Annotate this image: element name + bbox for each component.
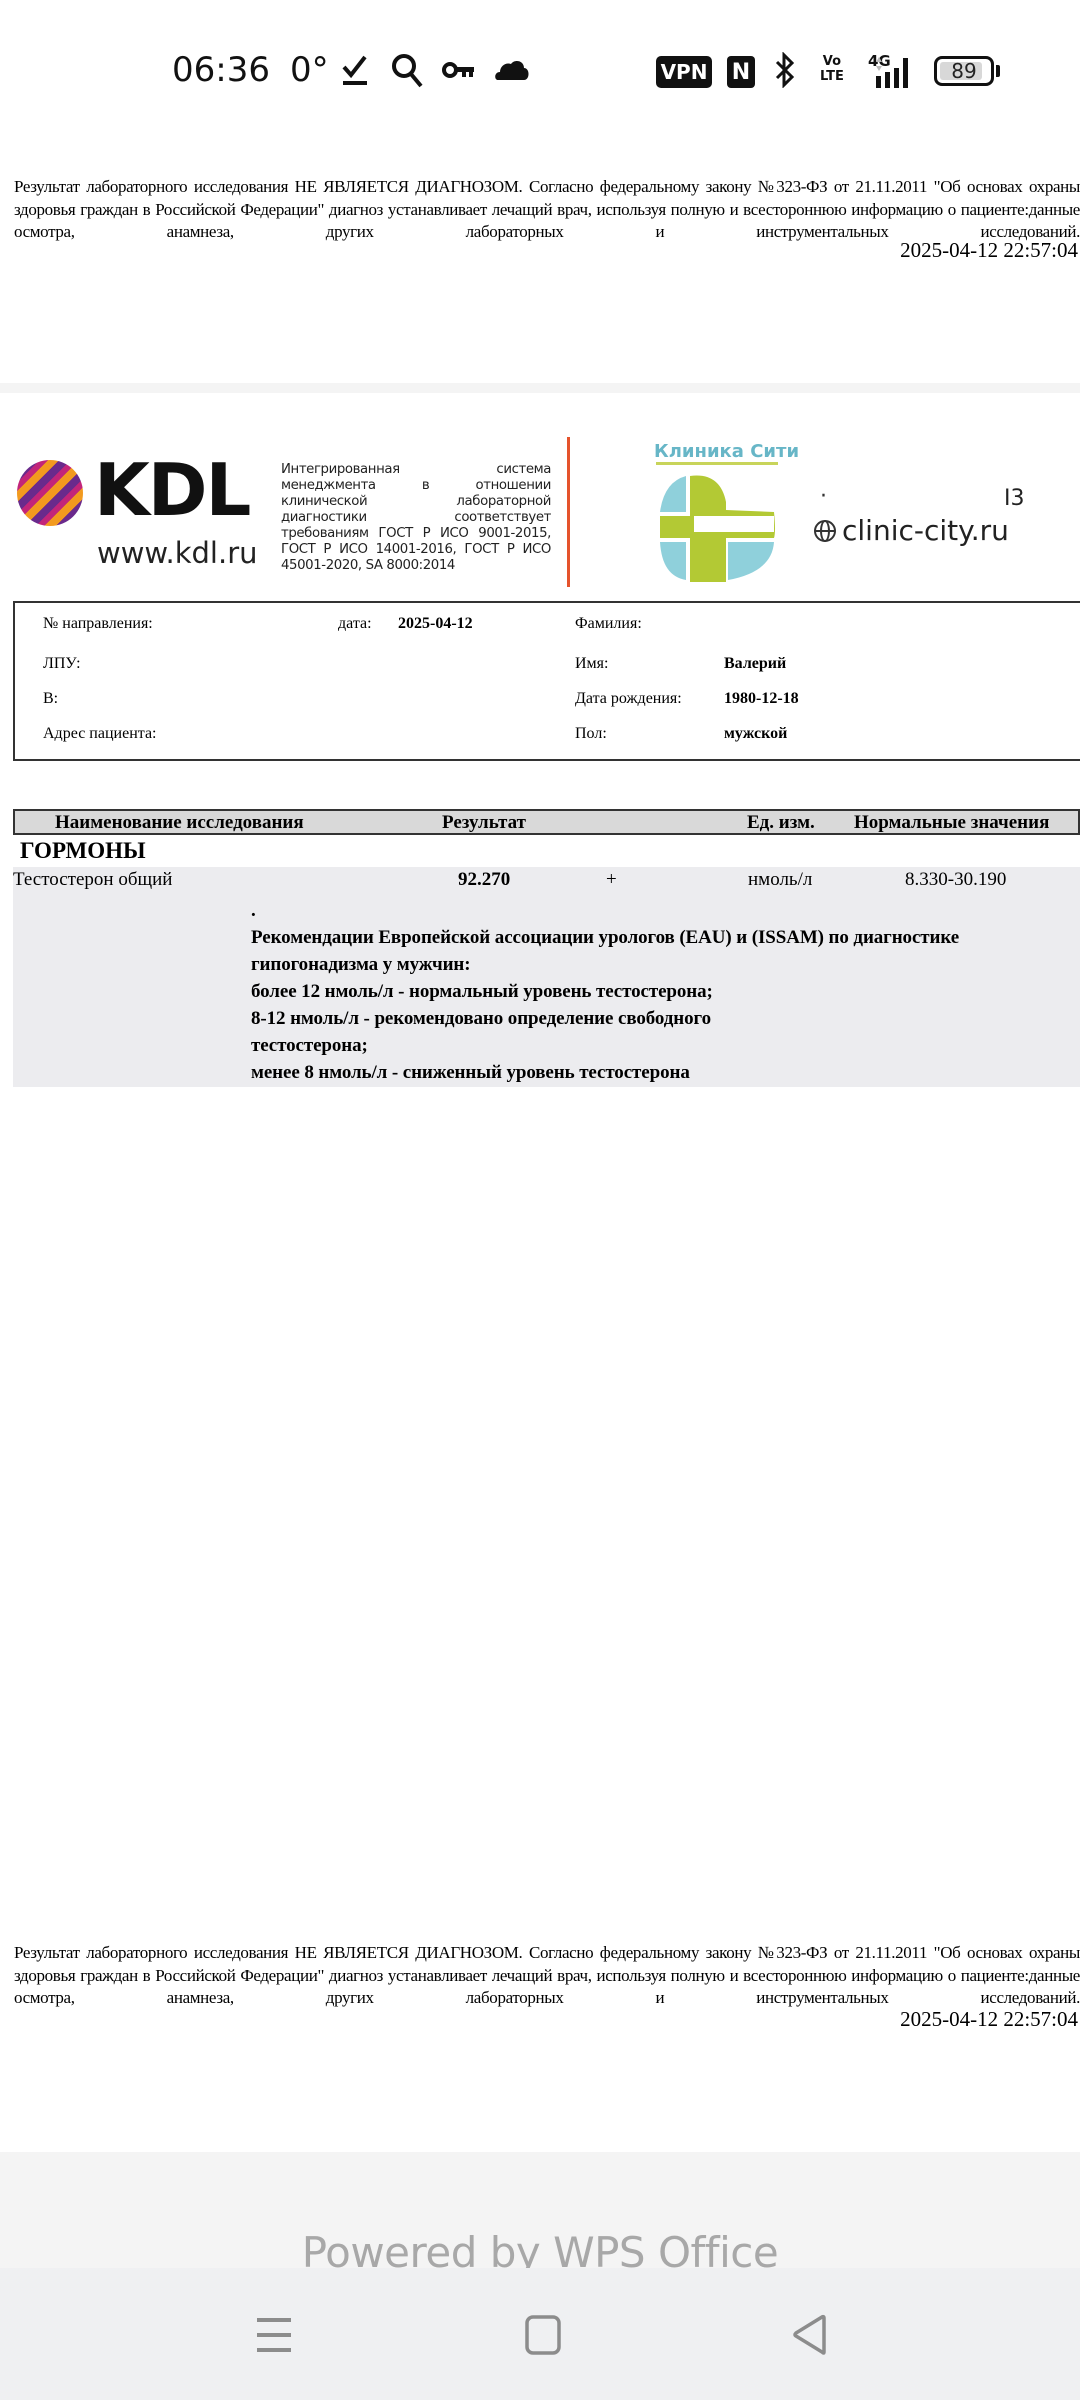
vpn-icon: VPN <box>656 56 712 88</box>
lpu-label: ЛПУ: <box>43 655 81 673</box>
test-reference: 8.330-30.190 <box>905 869 1006 891</box>
clinic-subtitle <box>656 462 778 465</box>
wps-watermark: Powered by WPS Office <box>0 2228 1080 2268</box>
volte-icon: Vo LTE <box>820 54 844 84</box>
cloud-icon <box>494 52 530 88</box>
bluetooth-icon <box>772 52 798 88</box>
home-icon <box>523 2314 563 2356</box>
download-done-icon <box>340 52 370 88</box>
clinic-address-fragment: · <box>820 484 827 509</box>
col-reference: Нормальные значения <box>854 812 1049 834</box>
kdl-url: www.kdl.ru <box>97 536 258 570</box>
header-divider <box>567 437 570 587</box>
print-timestamp: 2025-04-12 22:57:04 <box>900 238 1078 263</box>
clinic-address-end: I3 <box>1004 486 1025 511</box>
date-value: 2025-04-12 <box>398 615 473 633</box>
date-label: дата: <box>338 615 372 633</box>
name-value: Валерий <box>724 655 786 673</box>
kdl-certification: Интегрированная система менеджмента в от… <box>281 462 551 574</box>
address-label: Адрес пациента: <box>43 725 156 743</box>
recent-apps-button[interactable] <box>245 2314 305 2356</box>
status-bar: 06:36 0° VPN N Vo LTE 4G 89 <box>0 0 1080 140</box>
kdl-brand: KDL <box>94 448 249 532</box>
system-nav-bar <box>0 2268 1080 2400</box>
col-result: Результат <box>442 812 526 834</box>
globe-icon <box>814 520 836 542</box>
battery-icon: 89 <box>934 56 994 86</box>
b-label: В: <box>43 690 58 708</box>
section-title: ГОРМОНЫ <box>20 838 146 864</box>
dob-value: 1980-12-18 <box>724 690 799 708</box>
result-flag: + <box>606 869 617 891</box>
page-separator <box>0 383 1080 393</box>
battery-tip <box>996 65 1000 77</box>
temperature: 0° <box>290 50 329 90</box>
nfc-icon: N <box>727 56 755 88</box>
clinic-logo-icon <box>656 472 778 584</box>
result-note: . Рекомендации Европейской ассоциации ур… <box>251 897 1071 1086</box>
wps-watermark-area: Powered by WPS Office <box>0 2152 1080 2268</box>
menu-icon <box>255 2315 295 2355</box>
back-icon <box>790 2314 830 2356</box>
print-timestamp-bottom: 2025-04-12 22:57:04 <box>900 2007 1078 2032</box>
signal-icon <box>872 56 918 88</box>
clock: 06:36 <box>172 50 270 90</box>
surname-label: Фамилия: <box>575 615 642 633</box>
name-label: Имя: <box>575 655 608 673</box>
key-icon <box>442 52 476 88</box>
results-table-header: Наименование исследования Результат Ед. … <box>13 809 1080 835</box>
sex-label: Пол: <box>575 725 607 743</box>
dob-label: Дата рождения: <box>575 690 682 708</box>
referral-label: № направления: <box>43 615 153 633</box>
col-test-name: Наименование исследования <box>55 812 304 834</box>
kdl-logo-icon <box>17 460 83 526</box>
back-button[interactable] <box>780 2314 840 2356</box>
sex-value: мужской <box>724 725 787 743</box>
test-unit: нмоль/л <box>748 869 812 891</box>
col-unit: Ед. изм. <box>747 812 815 834</box>
search-icon <box>390 52 424 88</box>
test-result: 92.270 <box>458 869 510 891</box>
test-name: Тестостерон общий <box>13 869 172 891</box>
home-button[interactable] <box>513 2314 573 2356</box>
clinic-url: clinic-city.ru <box>814 514 1009 547</box>
patient-info-box <box>13 601 1080 761</box>
battery-percent: 89 <box>937 59 991 83</box>
clinic-name: Клиника Сити <box>654 441 799 462</box>
